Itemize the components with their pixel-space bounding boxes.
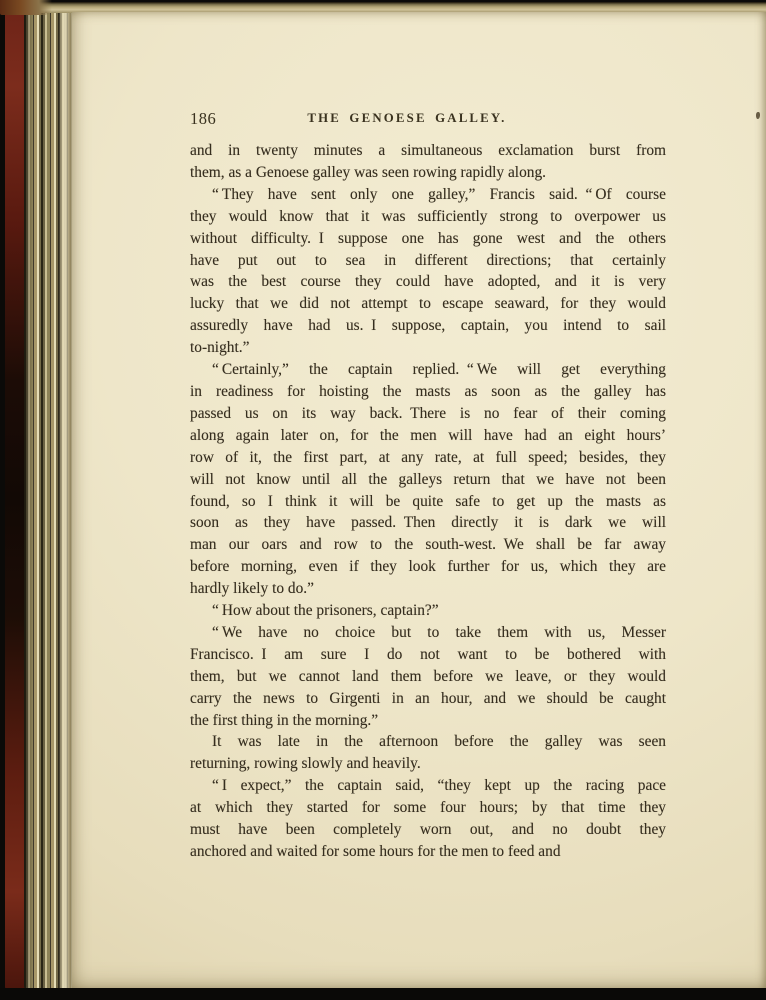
text-line: have put out to sea in different directi…	[190, 250, 666, 272]
text-line: the first thing in the morning.”	[190, 710, 666, 732]
body-text: and in twenty minutes a simultaneous exc…	[190, 140, 666, 863]
text-line: them, but we cannot land them before we …	[190, 666, 666, 688]
text-line: It was late in the afternoon before the …	[190, 731, 666, 753]
running-header: THE GENOESE GALLEY.	[169, 111, 645, 126]
book-page: 186 THE GENOESE GALLEY. and in twenty mi…	[72, 12, 766, 988]
text-line: passed us on its way back. There is no f…	[190, 403, 666, 425]
text-line: at which they started for some four hour…	[190, 797, 666, 819]
text-line: “ They have sent only one galley,” Franc…	[190, 184, 666, 206]
edge-speck	[756, 112, 760, 119]
text-line: anchored and waited for some hours for t…	[190, 841, 666, 863]
text-line: they would know that it was sufficiently…	[190, 206, 666, 228]
text-line: hardly likely to do.”	[190, 578, 666, 600]
text-line: returning, rowing slowly and heavily.	[190, 753, 666, 775]
text-line: “ Certainly,” the captain replied. “ We …	[190, 359, 666, 381]
text-line: was the best course they could have adop…	[190, 271, 666, 293]
text-line: must have been completely worn out, and …	[190, 819, 666, 841]
page-header-row: 186 THE GENOESE GALLEY.	[190, 109, 666, 131]
text-line: to-night.”	[190, 337, 666, 359]
text-line: carry the news to Girgenti in an hour, a…	[190, 688, 666, 710]
text-line: in readiness for hoisting the masts as s…	[190, 381, 666, 403]
text-line: “ How about the prisoners, captain?”	[190, 600, 666, 622]
cover-corner	[0, 0, 52, 15]
text-line: row of it, the first part, at any rate, …	[190, 447, 666, 469]
text-line: and in twenty minutes a simultaneous exc…	[190, 140, 666, 162]
text-line: “ I expect,” the captain said, “they kep…	[190, 775, 666, 797]
stacked-page-edges	[24, 5, 73, 990]
bottom-shadow	[0, 988, 766, 1000]
text-line: found, so I think it will be quite safe …	[190, 491, 666, 513]
book-scan: 186 THE GENOESE GALLEY. and in twenty mi…	[0, 0, 766, 1000]
text-line: along again later on, for the men will h…	[190, 425, 666, 447]
text-line: lucky that we did not attempt to escape …	[190, 293, 666, 315]
text-line: without difficulty. I suppose one has go…	[190, 228, 666, 250]
text-line: Francisco. I am sure I do not want to be…	[190, 644, 666, 666]
text-line: before morning, even if they look furthe…	[190, 556, 666, 578]
text-line: “ We have no choice but to take them wit…	[190, 622, 666, 644]
text-line: soon as they have passed. Then directly …	[190, 512, 666, 534]
text-line: man our oars and row to the south-west. …	[190, 534, 666, 556]
text-line: assuredly have had us. I suppose, captai…	[190, 315, 666, 337]
text-line: them, as a Genoese galley was seen rowin…	[190, 162, 666, 184]
text-line: will not know until all the galleys retu…	[190, 469, 666, 491]
